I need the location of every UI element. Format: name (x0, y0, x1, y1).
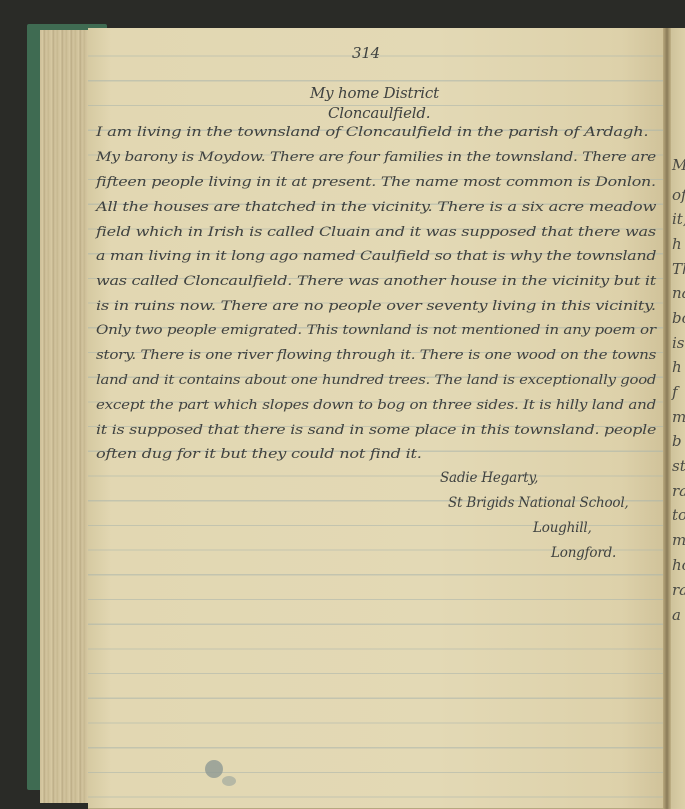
next-page-fragment: b (672, 432, 682, 450)
next-page-fragment: f (672, 383, 678, 401)
body-line: a man living in it long ago named Caulfi… (96, 248, 656, 263)
signature-town: Loughill, (533, 520, 592, 536)
body-line: often dug for it but they could not find… (96, 446, 422, 461)
next-page-fragment: to (672, 506, 685, 524)
body-line: it is supposed that there is sand in som… (96, 422, 656, 437)
page-number: 314 (352, 44, 380, 62)
body-line: I am living in the townsland of Cloncaul… (96, 124, 648, 139)
body-line: field which in Irish is called Cluain an… (96, 224, 656, 239)
body-line: My barony is Moydow. There are four fami… (96, 149, 656, 164)
next-page-fragment: My (672, 156, 685, 174)
next-page-fragment: it, (672, 210, 685, 228)
next-page-fragment: m (672, 408, 685, 426)
next-page-fragment: ra (672, 482, 685, 500)
page-subtitle: Cloncaulfield. (328, 104, 430, 122)
ink-stain (205, 760, 223, 778)
next-page-edge: My of it, h Th na bo is h f m b st ra to… (671, 28, 685, 809)
ink-stain (222, 776, 236, 786)
next-page-fragment: a (672, 606, 681, 624)
body-line: fifteen people living in it at present. … (96, 174, 656, 189)
next-page-fragment: ra (672, 581, 685, 599)
notebook-page (88, 28, 668, 808)
next-page-fragment: h (672, 358, 682, 376)
book-gutter (663, 28, 671, 809)
next-page-fragment: bo (672, 309, 685, 327)
body-line: was called Cloncaulfield. There was anot… (96, 273, 656, 288)
body-line: All the houses are thatched in the vicin… (96, 199, 656, 214)
next-page-fragment: is (672, 334, 685, 352)
signature-school: St Brigids National School, (448, 495, 629, 511)
page-title: My home District (310, 84, 439, 102)
ruled-lines (88, 28, 668, 808)
next-page-fragment: h (672, 235, 682, 253)
next-page-fragment: m (672, 531, 685, 549)
next-page-fragment: ho (672, 556, 685, 574)
next-page-fragment: na (672, 284, 685, 302)
next-page-fragment: Th (672, 260, 685, 278)
signature-name: Sadie Hegarty, (440, 470, 538, 486)
next-page-fragment: st (672, 457, 685, 475)
body-line: story. There is one river flowing throug… (96, 347, 656, 362)
body-line: except the part which slopes down to bog… (96, 397, 656, 412)
body-line: Only two people emigrated. This townland… (96, 322, 656, 337)
next-page-fragment: of (672, 186, 685, 204)
signature-county: Longford. (551, 545, 616, 561)
body-line: is in ruins now. There are no people ove… (96, 298, 656, 313)
body-line: land and it contains about one hundred t… (96, 372, 656, 387)
